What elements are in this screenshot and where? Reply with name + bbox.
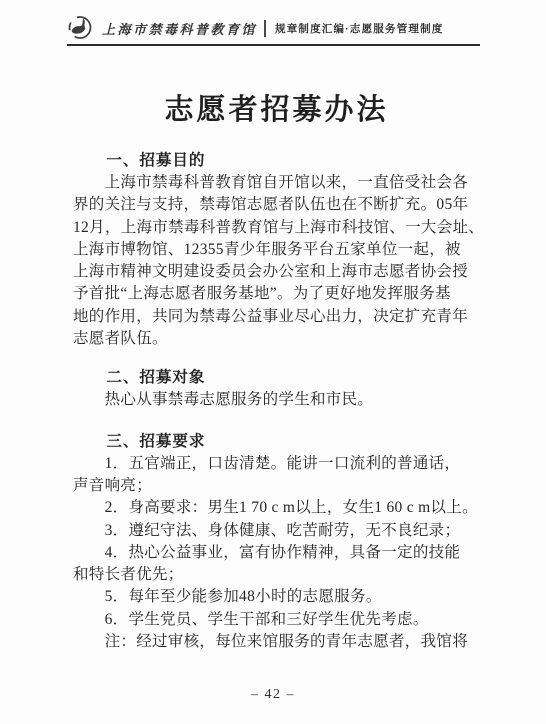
document-body: 志愿者招募办法 一、招募目的 上海市禁毒科普教育馆自开馆以来，一直倍受社会各界的… [73, 46, 480, 653]
text-line: 6．学生党员、学生干部和三好学生优先考虑。 [73, 609, 480, 631]
text-line: 予首批“上海志愿者服务基地”。为了更好地发挥服务基 [73, 283, 480, 305]
brand-title: 上海市禁毒科普教育馆 [102, 19, 257, 38]
text-line: 声音响亮； [73, 475, 480, 497]
text-line: 注：经过审核，每位来馆服务的青年志愿者，我馆将 [73, 631, 480, 653]
section-heading: 三、招募要求 [73, 431, 480, 453]
text-line: 4．热心公益事业，富有协作精神，具备一定的技能 [73, 542, 480, 564]
text-line: 地的作用，共同为禁毒公益事业尽心出力，决定扩充青年 [73, 306, 480, 328]
museum-logo-icon [67, 14, 93, 40]
section-recruitment-purpose: 一、招募目的 上海市禁毒科普教育馆自开馆以来，一直倍受社会各界的关注与支持，禁毒… [73, 150, 480, 350]
header-subtitle: 规章制度汇编·志愿服务管理制度 [275, 21, 444, 36]
text-line: 上海市博物馆、12355青少年服务平台五家单位一起，被 [73, 239, 480, 261]
section-heading: 二、招募对象 [73, 367, 480, 389]
section-recruitment-requirements: 三、招募要求 1．五官端正，口齿清楚。能讲一口流利的普通话，声音响亮； 2．身高… [73, 431, 480, 654]
section-heading: 一、招募目的 [73, 150, 480, 172]
page-header: 上海市禁毒科普教育馆 规章制度汇编·志愿服务管理制度 [67, 12, 480, 46]
document-page: 上海市禁毒科普教育馆 规章制度汇编·志愿服务管理制度 志愿者招募办法 一、招募目… [0, 0, 546, 724]
text-line: 界的关注与支持，禁毒馆志愿者队伍也在不断扩充。05年 [73, 194, 480, 216]
text-line: 1．五官端正，口齿清楚。能讲一口流利的普通话， [73, 453, 480, 475]
text-line: 和特长者优先； [73, 564, 480, 586]
text-line: 上海市禁毒科普教育馆自开馆以来，一直倍受社会各 [73, 172, 480, 194]
section-text: 热心从事禁毒志愿服务的学生和市民。 [73, 389, 480, 411]
page-title: 志愿者招募办法 [73, 92, 480, 128]
text-line: 5．每年至少能参加48小时的志愿服务。 [73, 586, 480, 608]
section-text: 1．五官端正，口齿清楚。能讲一口流利的普通话，声音响亮； 2．身高要求：男生1 … [73, 453, 480, 654]
section-recruitment-target: 二、招募对象 热心从事禁毒志愿服务的学生和市民。 [73, 367, 480, 411]
section-text: 上海市禁毒科普教育馆自开馆以来，一直倍受社会各界的关注与支持，禁毒馆志愿者队伍也… [73, 172, 480, 350]
header-divider [264, 20, 266, 37]
page-number: – 42 – [0, 687, 546, 703]
text-line: 3．遵纪守法、身体健康、吃苦耐劳，无不良纪录； [73, 520, 480, 542]
text-line: 上海市精神文明建设委员会办公室和上海市志愿者协会授 [73, 261, 480, 283]
text-line: 热心从事禁毒志愿服务的学生和市民。 [73, 389, 480, 411]
text-line: 志愿者队伍。 [73, 328, 480, 350]
text-line: 2．身高要求：男生1 70 c m以上，女生1 60 c m以上。 [73, 497, 480, 519]
text-line: 12月，上海市禁毒科普教育馆与上海市科技馆、一大会址、 [73, 217, 480, 239]
